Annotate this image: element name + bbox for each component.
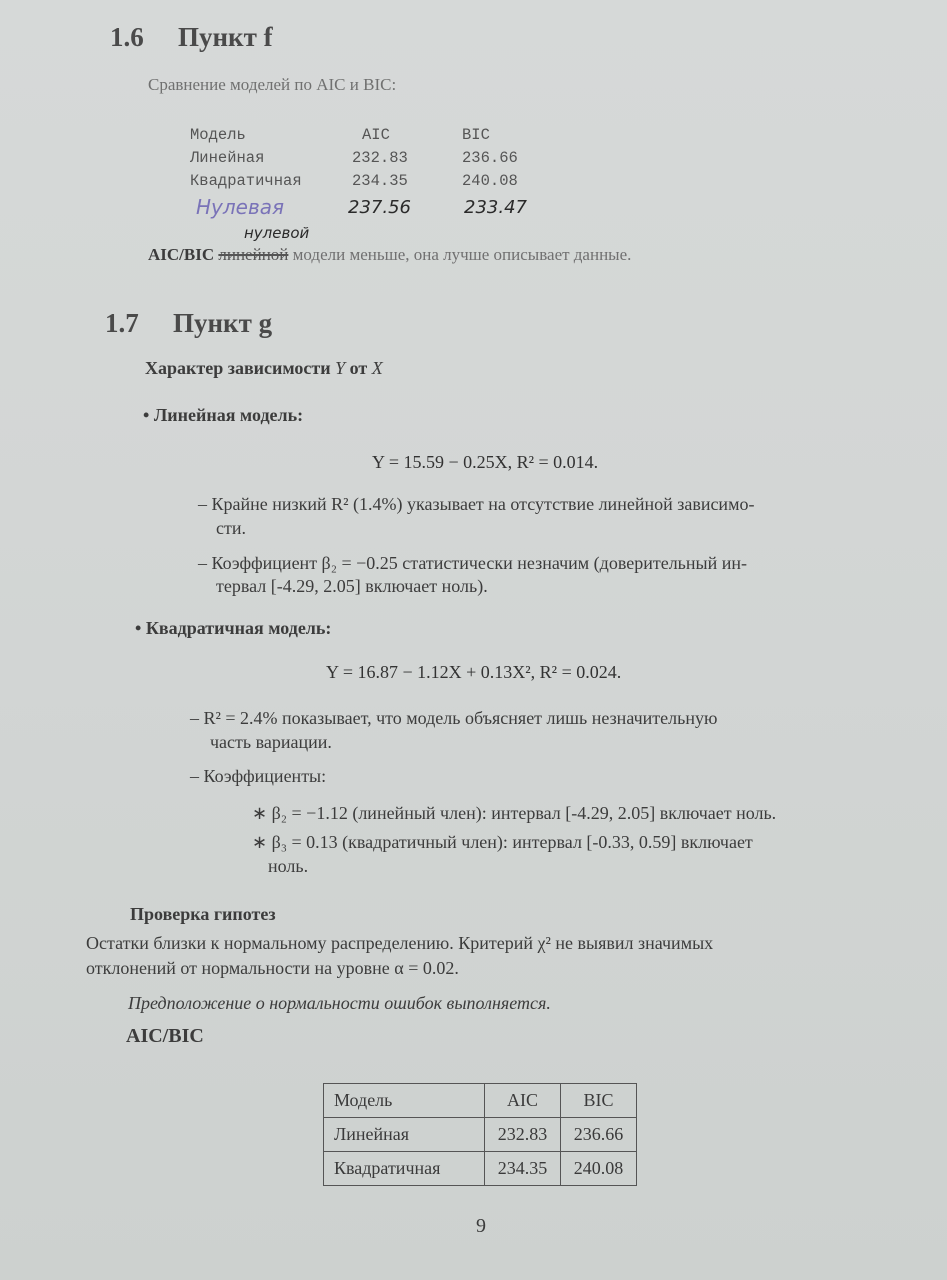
coef-text-cont: ноль. [268,856,308,877]
asterisk-icon: ∗ [252,832,272,852]
conclusion-rest: модели меньше, она лучше описывает данны… [293,245,632,264]
quadratic-bullet-coefs: – Коэффициенты: [190,766,326,787]
struck-word: линейной [218,245,288,264]
coef-text: β₃ = 0.13 (квадратичный член): интервал … [272,832,753,852]
bullet-icon: • [135,618,146,638]
row-bic: 236.66 [462,149,518,167]
model-cell: Квадратичная [324,1152,485,1186]
section-number: 1.7 [105,308,173,339]
aic-cell: 234.35 [485,1152,561,1186]
bullet-text-cont: тервал [-4.29, 2.05] включает ноль). [216,576,488,597]
normality-conclusion: Предположение о нормальности ошибок выпо… [128,993,551,1014]
header-model: Модель [190,126,246,144]
quadratic-formula: Y = 16.87 − 1.12X + 0.13X², R² = 0.024. [326,662,621,683]
table-header-row: Модель AIC BIC [324,1084,637,1118]
row-model: Квадратичная [190,172,302,190]
handwritten-model: Нулевая [196,195,284,219]
linear-bullet-coef: – Коэффициент β₂ = −0.25 статистически н… [198,553,747,574]
hypothesis-title: Проверка гипотез [130,904,276,925]
page-number: 9 [476,1215,486,1238]
linear-model-label: • Линейная модель: [143,405,303,426]
bic-cell: 240.08 [561,1152,637,1186]
bullet-text: R² = 2.4% показывает, что модель объясня… [204,708,718,728]
header-cell: BIC [561,1084,637,1118]
aic-cell: 232.83 [485,1118,561,1152]
section-heading-f: 1.6Пункт f [110,22,273,53]
header-aic: AIC [362,126,390,144]
header-cell: Модель [324,1084,485,1118]
aicbic-title: AIC/BIC [126,1025,204,1048]
linear-bullet-r2: – Крайне низкий R² (1.4%) указывает на о… [198,494,754,515]
bic-cell: 236.66 [561,1118,637,1152]
coef-text: β₂ = −1.12 (линейный член): интервал [-4… [272,803,777,823]
bullet-text: Коэффициенты: [204,766,327,786]
section-title: Пункт g [173,308,272,338]
comparison-intro: Сравнение моделей по AIC и BIC: [148,75,396,95]
bullet-text-cont: сти. [216,518,246,539]
coef-beta3: ∗ β₃ = 0.13 (квадратичный член): интерва… [252,832,753,853]
dependency-subtitle: Характер зависимости Y от X [145,358,383,379]
section-heading-g: 1.7Пункт g [105,308,272,339]
bullet-text-cont: часть вариации. [210,732,332,753]
asterisk-icon: ∗ [252,803,272,823]
bullet-text: Крайне низкий R² (1.4%) указывает на отс… [212,494,755,514]
bullet-text: Коэффициент β₂ = −0.25 статистически нез… [212,553,748,573]
section-number: 1.6 [110,22,178,53]
row-aic: 232.83 [352,149,408,167]
subtitle-text: Характер зависимости [145,358,331,378]
aicbic-table: Модель AIC BIC Линейная 232.83 236.66 Кв… [323,1083,637,1186]
var-x: X [372,358,383,378]
hypothesis-line1: Остатки близки к нормальному распределен… [86,933,713,954]
row-aic: 234.35 [352,172,408,190]
hypothesis-line2: отклонений от нормальности на уровне α =… [86,958,459,979]
bullet-icon: • [143,405,154,425]
quadratic-bullet-r2: – R² = 2.4% показывает, что модель объяс… [190,708,717,729]
section-title: Пункт f [178,22,273,52]
header-cell: AIC [485,1084,561,1118]
handwritten-bic: 233.47 [464,197,527,218]
conclusion-prefix: AIC/BIC [148,245,214,264]
label-text: Квадратичная модель: [146,618,332,638]
label-text: Линейная модель: [154,405,303,425]
aic-conclusion: AIC/BIC линейной модели меньше, она лучш… [148,245,631,265]
coef-beta2: ∗ β₂ = −1.12 (линейный член): интервал [… [252,803,776,824]
handwritten-aic: 237.56 [348,197,411,218]
header-bic: BIC [462,126,490,144]
table-row: Линейная 232.83 236.66 [324,1118,637,1152]
var-y: Y [335,358,345,378]
subtitle-text: от [350,358,368,378]
row-model: Линейная [190,149,264,167]
row-bic: 240.08 [462,172,518,190]
linear-formula: Y = 15.59 − 0.25X, R² = 0.014. [372,452,598,473]
table-row: Квадратичная 234.35 240.08 [324,1152,637,1186]
model-cell: Линейная [324,1118,485,1152]
quadratic-model-label: • Квадратичная модель: [135,618,331,639]
handwritten-correction: нулевой [244,224,309,242]
